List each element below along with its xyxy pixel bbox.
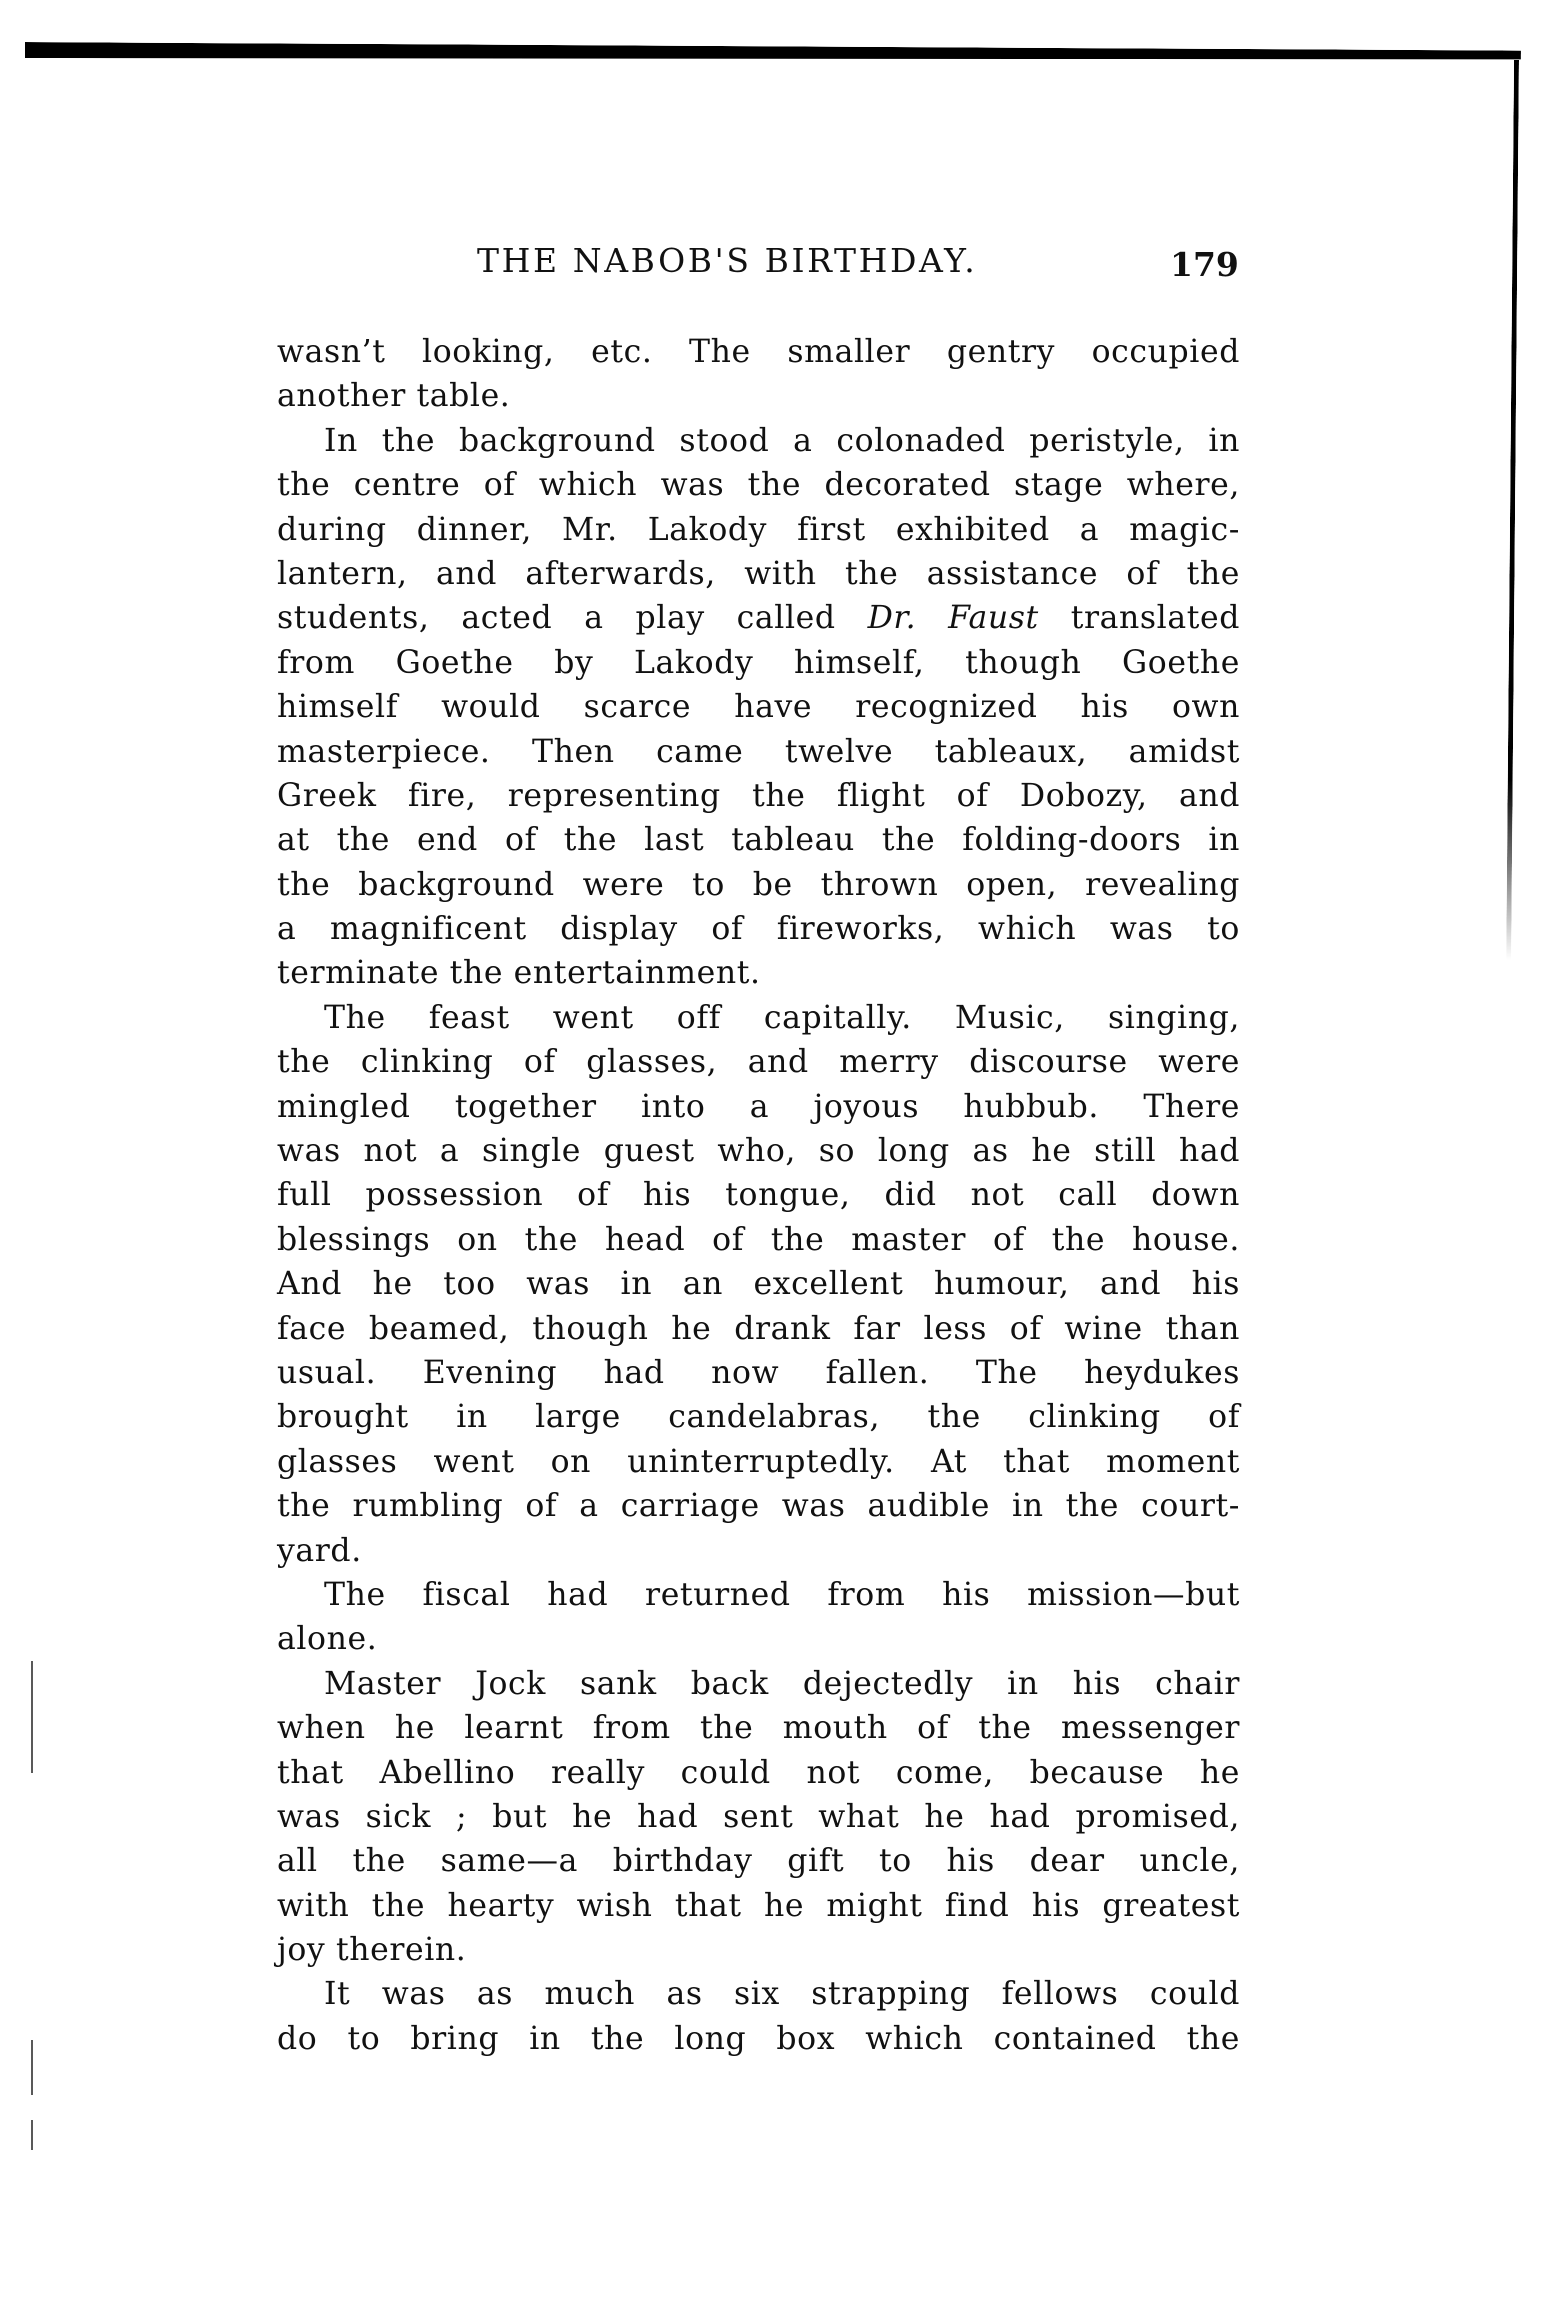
- text-line: at the end of the last tableau the foldi…: [277, 818, 1240, 862]
- book-page: THE NABOB'S BIRTHDAY. 179 wasn’t looking…: [0, 0, 1554, 2300]
- text-line: was sick ; but he had sent what he had p…: [277, 1795, 1240, 1839]
- text-line: Greek fire, representing the flight of D…: [277, 774, 1240, 818]
- text-line: It was as much as six strapping fellows …: [277, 1972, 1240, 2016]
- text-line: when he learnt from the mouth of the mes…: [277, 1706, 1240, 1750]
- text-line: The fiscal had returned from his mission…: [277, 1573, 1240, 1617]
- page-number: 179: [1170, 245, 1240, 285]
- text-line: during dinner, Mr. Lakody first exhibite…: [277, 508, 1240, 552]
- text-line: face beamed, though he drank far less of…: [277, 1307, 1240, 1351]
- right-border-rule: [1506, 60, 1519, 960]
- text-line: In the background stood a colonaded peri…: [277, 419, 1240, 463]
- text-line: that Abellino really could not come, bec…: [277, 1751, 1240, 1795]
- text-line: alone.: [277, 1617, 1240, 1661]
- text-line: yard.: [277, 1529, 1240, 1573]
- text-line: blessings on the head of the master of t…: [277, 1218, 1240, 1262]
- text-line: lantern, and afterwards, with the assist…: [277, 552, 1240, 596]
- text-line: all the same—a birthday gift to his dear…: [277, 1839, 1240, 1883]
- text-line: himself would scarce have recognized his…: [277, 685, 1240, 729]
- text-line: a magnificent display of fireworks, whic…: [277, 907, 1240, 951]
- scan-artifact-mark: [31, 1661, 33, 1773]
- text-line: another table.: [277, 374, 1240, 418]
- text-line: usual. Evening had now fallen. The heydu…: [277, 1351, 1240, 1395]
- text-line: the centre of which was the decorated st…: [277, 463, 1240, 507]
- running-head: THE NABOB'S BIRTHDAY.: [477, 241, 1037, 281]
- text-line: terminate the entertainment.: [277, 951, 1240, 995]
- text-line: mingled together into a joyous hubbub. T…: [277, 1085, 1240, 1129]
- text-line: the clinking of glasses, and merry disco…: [277, 1040, 1240, 1084]
- top-border-rule: [25, 42, 1521, 67]
- text-line: Master Jock sank back dejectedly in his …: [277, 1662, 1240, 1706]
- text-line: full possession of his tongue, did not c…: [277, 1173, 1240, 1217]
- body-text: wasn’t looking, etc. The smaller gentry …: [277, 330, 1240, 2061]
- text-line: do to bring in the long box which contai…: [277, 2017, 1240, 2061]
- text-line: glasses went on uninterruptedly. At that…: [277, 1440, 1240, 1484]
- text-line: with the hearty wish that he might find …: [277, 1884, 1240, 1928]
- text-line: from Goethe by Lakody himself, though Go…: [277, 641, 1240, 685]
- text-line: And he too was in an excellent humour, a…: [277, 1262, 1240, 1306]
- text-line: joy therein.: [277, 1928, 1240, 1972]
- text-line: masterpiece. Then came twelve tableaux, …: [277, 730, 1240, 774]
- scan-artifact-mark: [31, 2120, 33, 2150]
- text-line: was not a single guest who, so long as h…: [277, 1129, 1240, 1173]
- italic-title: Dr. Faust: [868, 600, 1039, 636]
- text-line: brought in large candelabras, the clinki…: [277, 1395, 1240, 1439]
- text-line: The feast went off capitally. Music, sin…: [277, 996, 1240, 1040]
- scan-artifact-mark: [31, 2040, 33, 2095]
- text-line: students, acted a play called Dr. Faust …: [277, 596, 1240, 640]
- text-line: the rumbling of a carriage was audible i…: [277, 1484, 1240, 1528]
- text-line: the background were to be thrown open, r…: [277, 863, 1240, 907]
- text-line: wasn’t looking, etc. The smaller gentry …: [277, 330, 1240, 374]
